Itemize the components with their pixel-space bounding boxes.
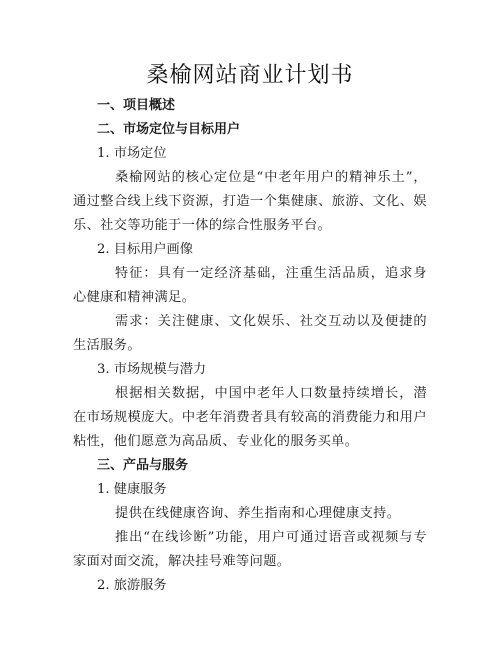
paragraph-online-diagnosis: 推出“在线诊断”功能，用户可通过语音或视频与专家面对面交流，解决挂号难等问题。: [73, 526, 427, 574]
paragraph-health-consult: 提供在线健康咨询、养生指南和心理健康支持。: [73, 502, 427, 526]
section-heading-overview: 一、项目概述: [73, 94, 427, 118]
paragraph-positioning: 桑榆网站的核心定位是“中老年用户的精神乐土”，通过整合线上线下资源，打造一个集健…: [73, 166, 427, 238]
subheading-market-size: 3. 市场规模与潜力: [73, 358, 427, 382]
paragraph-user-needs: 需求：关注健康、文化娱乐、社交互动以及便捷的生活服务。: [73, 310, 427, 358]
subheading-travel-services: 2. 旅游服务: [73, 574, 427, 598]
document-body: 一、项目概述 二、市场定位与目标用户 1. 市场定位 桑榆网站的核心定位是“中老…: [73, 94, 427, 598]
subheading-health-services: 1. 健康服务: [73, 478, 427, 502]
section-heading-products: 三、产品与服务: [73, 454, 427, 478]
section-heading-market: 二、市场定位与目标用户: [73, 118, 427, 142]
document-title: 桑榆网站商业计划书: [0, 58, 500, 89]
subheading-target-users: 2. 目标用户画像: [73, 238, 427, 262]
paragraph-market-size: 根据相关数据，中国中老年人口数量持续增长，潜在市场规模庞大。中老年消费者具有较高…: [73, 382, 427, 454]
paragraph-user-traits: 特征：具有一定经济基础，注重生活品质，追求身心健康和精神满足。: [73, 262, 427, 310]
subheading-market-positioning: 1. 市场定位: [73, 142, 427, 166]
document-page: 桑榆网站商业计划书 一、项目概述 二、市场定位与目标用户 1. 市场定位 桑榆网…: [0, 0, 500, 647]
